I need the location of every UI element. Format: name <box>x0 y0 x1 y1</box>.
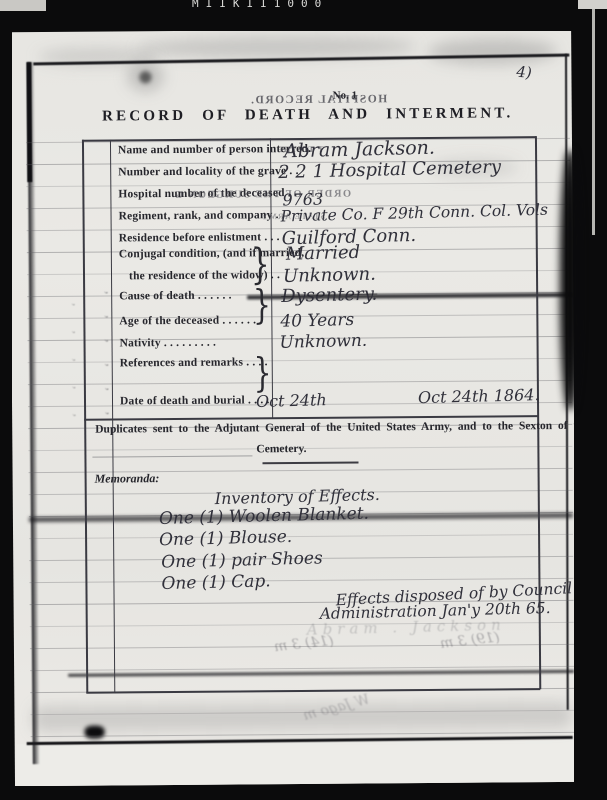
row-value: Dysentery. <box>281 284 378 307</box>
brace: } <box>253 350 271 396</box>
row-label: Conjugal condition, (and if married, <box>119 247 305 260</box>
bleedthrough-text: ORDER OF THE SURGEON G <box>173 189 351 201</box>
bleedthrough-hospital-record: HOSPITAL RECORD. <box>250 93 388 106</box>
row-value: Unknown. <box>279 331 367 353</box>
corner-mark: 4) <box>516 63 532 82</box>
ink-spot-halo <box>127 61 163 91</box>
row-label: Date of death and burial . . . . <box>120 394 270 407</box>
scan-smudge <box>32 702 572 732</box>
row-label: References and remarks . . . . <box>120 356 268 369</box>
brace: } <box>251 240 270 288</box>
film-bottom-band <box>0 786 607 800</box>
memo-item: One (1) pair Shoes <box>161 548 323 572</box>
film-frame-code: MIIKII1000 <box>192 0 328 10</box>
row-value: 40 Years <box>280 310 354 332</box>
memoranda-label: Memoranda: <box>95 471 160 487</box>
backing-sheet <box>17 740 575 786</box>
memo-item: One (1) Blouse. <box>159 527 293 550</box>
row-label: Cause of death . . . . . . <box>119 290 232 303</box>
film-corner-light-left <box>0 0 46 11</box>
row-value: Married <box>286 242 361 265</box>
microfilm-scan: HOSPITAL RECORD. No. 1 RECORD OF DEATH A… <box>0 0 607 800</box>
no-label: No. 1 <box>333 90 358 102</box>
corner-blob <box>85 726 105 739</box>
margin-ticks: ’ ’ ’ ’ ’ <box>63 302 79 428</box>
row-value: Oct 24th <box>256 390 327 411</box>
film-corner-light-right <box>578 0 607 9</box>
film-edge-blob <box>560 150 580 410</box>
film-right-band <box>574 0 607 800</box>
brace: } <box>253 282 271 328</box>
film-left-band <box>0 0 12 800</box>
row-value-right: Oct 24th 1864. <box>418 385 540 407</box>
cemetery-word: Cemetery. <box>256 443 306 455</box>
row-label: Number and locality of the grave . . <box>118 165 299 178</box>
film-edge-highlight <box>592 0 595 235</box>
margin-ticks: ’ ’ ’ ’ ’ ’ <box>95 289 112 423</box>
row-label: Nativity . . . . . . . . . <box>120 337 217 350</box>
row-label: Age of the deceased . . . . . . <box>119 314 256 327</box>
document-page-tilt: HOSPITAL RECORD. No. 1 RECORD OF DEATH A… <box>0 0 607 800</box>
page-title: RECORD OF DEATH AND INTERMENT. <box>88 105 528 125</box>
memo-item: One (1) Cap. <box>161 571 271 594</box>
